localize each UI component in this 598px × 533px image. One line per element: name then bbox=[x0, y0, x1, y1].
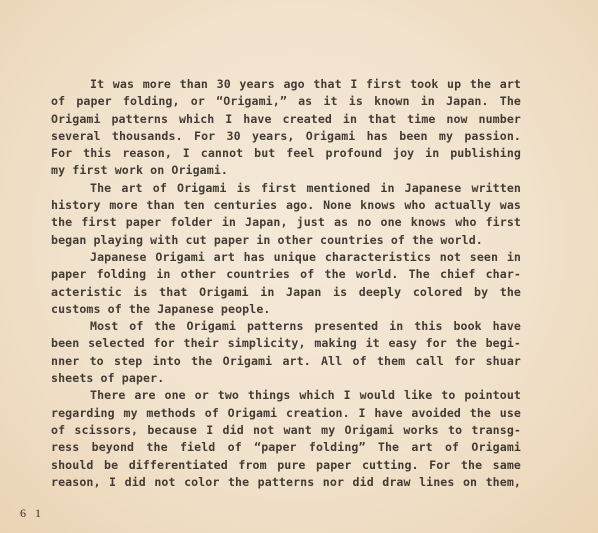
text-line: Most of the Origami patterns presented i… bbox=[51, 318, 521, 335]
text-line: began playing with cut paper in other co… bbox=[51, 232, 521, 249]
text-line: Origami patterns which I have created in… bbox=[51, 111, 521, 128]
paragraph: Japanese Origami art has unique characte… bbox=[51, 249, 521, 318]
page-number: 6 1 bbox=[20, 506, 44, 521]
paragraph: Most of the Origami patterns presented i… bbox=[51, 318, 521, 387]
text-line: The art of Origami is first mentioned in… bbox=[51, 180, 521, 197]
text-line: There are one or two things which I woul… bbox=[51, 387, 521, 404]
text-line: Japanese Origami art has unique characte… bbox=[51, 249, 521, 266]
text-line: sheets of paper. bbox=[51, 370, 521, 387]
text-line: should be differentiated from pure paper… bbox=[51, 457, 521, 474]
text-line: history more than ten centuries ago. Non… bbox=[51, 197, 521, 214]
paragraph: It was more than 30 years ago that I fir… bbox=[51, 76, 521, 180]
text-line: regarding my methods of Origami creation… bbox=[51, 405, 521, 422]
text-line: acteristic is that Origami in Japan is d… bbox=[51, 284, 521, 301]
text-line: It was more than 30 years ago that I fir… bbox=[51, 76, 521, 93]
text-line: of scissors, because I did not want my O… bbox=[51, 422, 521, 439]
text-line: of paper folding, or “Origami,” as it is… bbox=[51, 93, 521, 110]
book-page: It was more than 30 years ago that I fir… bbox=[0, 0, 598, 533]
text-line: the first paper folder in Japan, just as… bbox=[51, 214, 521, 231]
text-line: paper folding in other countries of the … bbox=[51, 266, 521, 283]
paragraph: There are one or two things which I woul… bbox=[51, 387, 521, 491]
text-line: reason, I did not color the patterns nor… bbox=[51, 474, 521, 491]
text-line: ress beyond the field of “paper folding”… bbox=[51, 439, 521, 456]
text-line: been selected for their simplicity, maki… bbox=[51, 335, 521, 352]
paragraph: The art of Origami is first mentioned in… bbox=[51, 180, 521, 249]
body-text: It was more than 30 years ago that I fir… bbox=[51, 76, 521, 491]
text-line: customs of the Japanese people. bbox=[51, 301, 521, 318]
text-line: nner to step into the Origami art. All o… bbox=[51, 353, 521, 370]
text-line: my first work on Origami. bbox=[51, 162, 521, 179]
text-line: For this reason, I cannot but feel profo… bbox=[51, 145, 521, 162]
text-line: several thousands. For 30 years, Origami… bbox=[51, 128, 521, 145]
